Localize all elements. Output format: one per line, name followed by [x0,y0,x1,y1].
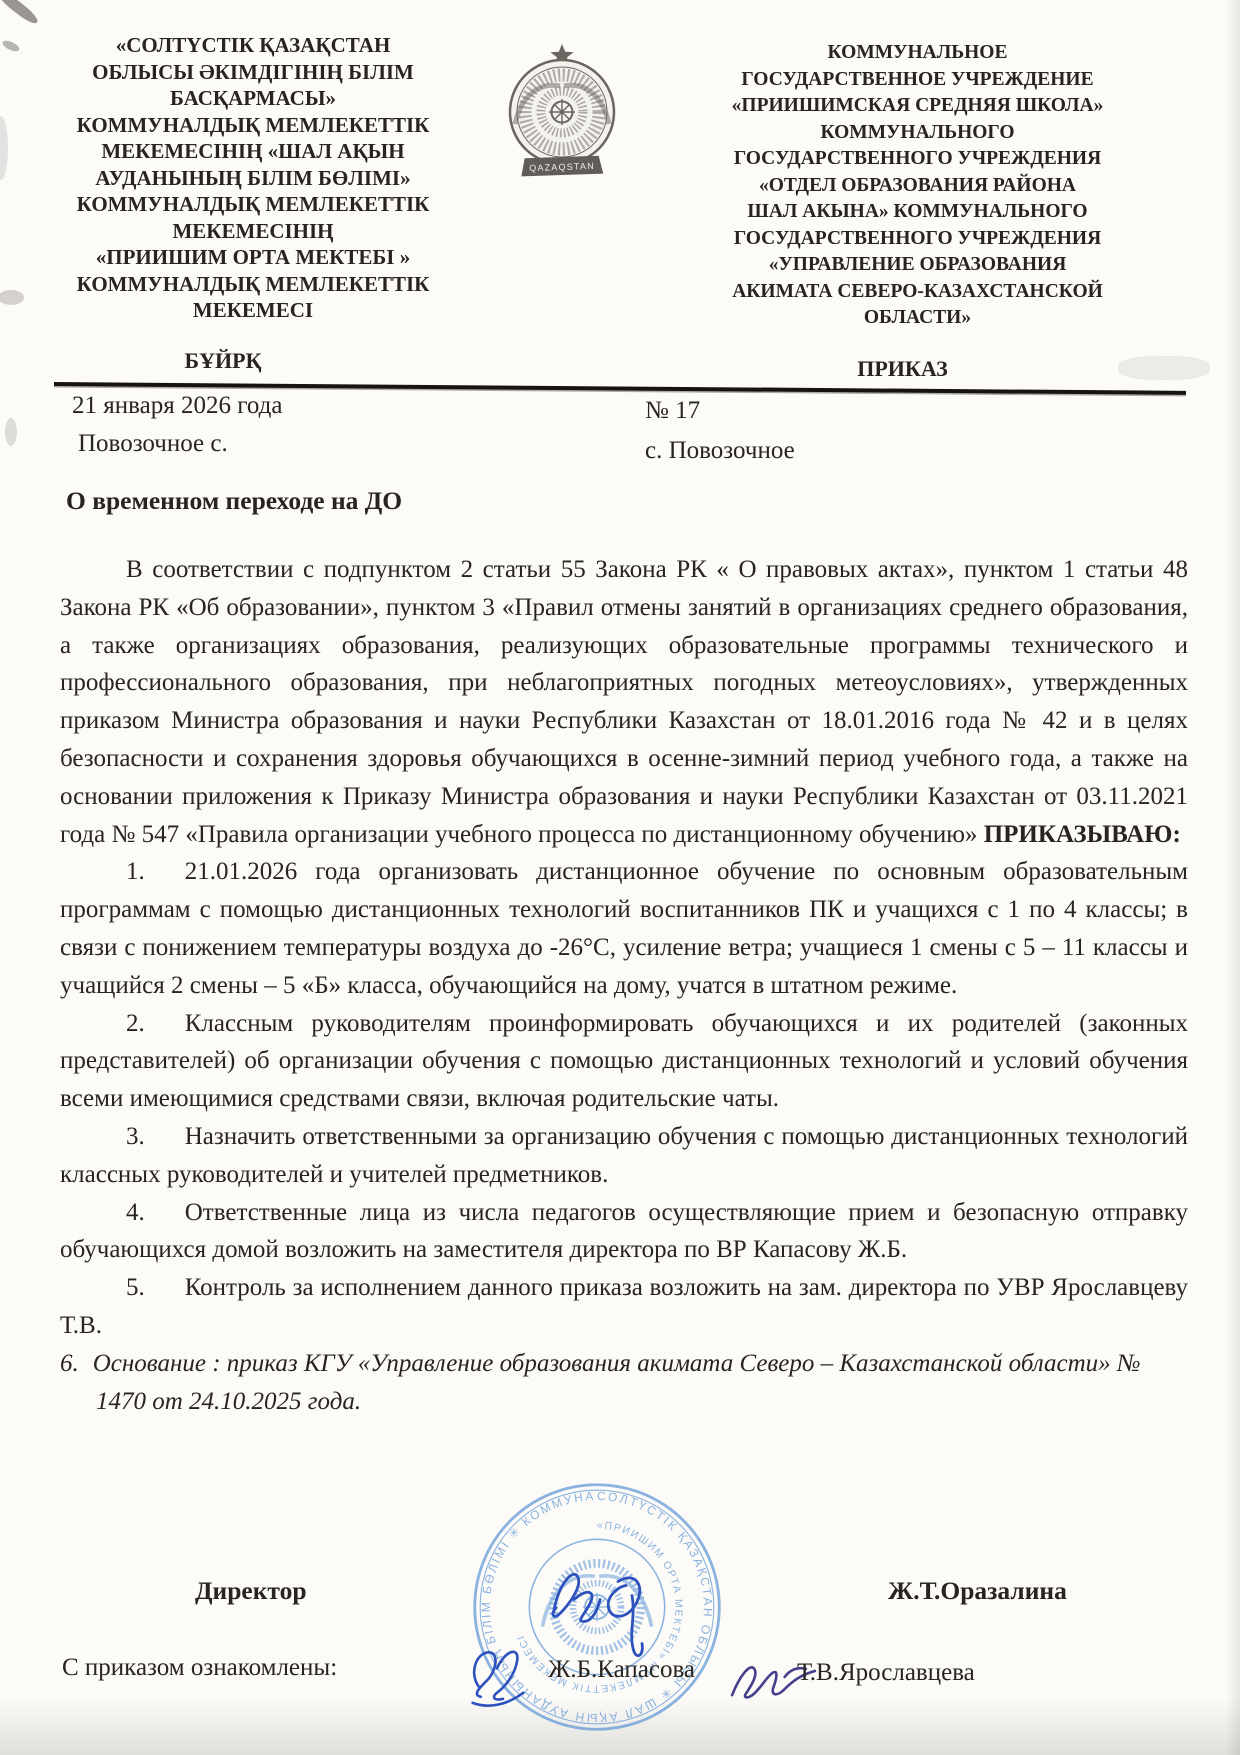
intro-text: В соответствии с подпунктом 2 статьи 55 … [60,556,1188,848]
order-item-3: 3.Назначить ответственными за организаци… [60,1118,1188,1194]
order-item-6: 6.Основание : приказ КГУ «Управление обр… [60,1345,1188,1421]
item-text: Контроль за исполнением данного приказа … [60,1274,1188,1339]
item-text: Ответственные лица из числа педагогов ос… [60,1199,1188,1264]
scan-shadow-right [1226,0,1240,1755]
order-date: 21 января 2026 года [72,392,282,420]
acknowledged-label: С приказом ознакомлены: [62,1654,337,1682]
order-item-4: 4.Ответственные лица из числа педагогов … [60,1194,1188,1270]
order-item-5: 5.Контроль за исполнением данного приказ… [60,1269,1188,1345]
intro-paragraph: В соответствии с подпунктом 2 статьи 55 … [60,551,1188,853]
org-name-kazakh: «СОЛТҮСТІК ҚАЗАҚСТАН ОБЛЫСЫ ӘКІМДІГІНІҢ … [52,32,454,324]
order-item-2: 2.Классным руководителям проинформироват… [60,1005,1188,1118]
item-text: Назначить ответственными за организацию … [60,1123,1188,1188]
orders-keyword: ПРИКАЗЫВАЮ: [984,821,1181,848]
scan-artifact [1118,356,1210,380]
director-label: Директор [195,1576,307,1606]
order-label-russian: ПРИКАЗ [815,356,990,382]
document-title: О временном переходе на ДО [66,486,402,516]
item-number: 4. [126,1199,145,1226]
item-number: 1. [126,858,145,885]
signatory-1-name: Ж.Б.Капасова [548,1656,695,1684]
order-body: В соответствии с подпунктом 2 статьи 55 … [60,551,1188,1420]
item-text: 21.01.2026 года организовать дистанционн… [60,858,1188,998]
item-number: 5. [126,1274,145,1301]
org-name-russian: КОММУНАЛЬНОЕ ГОСУДАРСТВЕННОЕ УЧРЕЖДЕНИЕ … [645,40,1190,332]
signatory-2-name: Т.В.Ярославцева [797,1659,975,1687]
order-item-1: 1.21.01.2026 года организовать дистанцио… [60,853,1188,1004]
scan-artifact [0,290,24,305]
item-text: Классным руководителям проинформировать … [60,1010,1188,1113]
item-number: 3. [126,1123,145,1150]
scan-artifact [1,39,21,54]
item-number: 6. [60,1350,79,1377]
scan-artifact [5,418,17,446]
director-name: Ж.Т.Оразалина [888,1576,1067,1606]
scan-artifact [0,116,8,180]
order-label-kazakh: БҰЙРҚ [138,348,308,374]
scanned-order-document: «СОЛТҮСТІК ҚАЗАҚСТАН ОБЛЫСЫ ӘКІМДІГІНІҢ … [0,0,1240,1755]
order-place-left: Повозочное с. [78,430,228,458]
order-number: № 17 [645,397,700,425]
order-place-right: с. Повозочное [645,437,795,465]
item-text: Основание : приказ КГУ «Управление образ… [93,1350,1141,1415]
signature-kapassova [460,1628,542,1714]
signature-director [540,1546,660,1664]
scan-artifact [0,0,40,27]
coat-of-arms-icon: QAZAQSTAN [498,28,626,198]
item-number: 2. [126,1010,145,1037]
